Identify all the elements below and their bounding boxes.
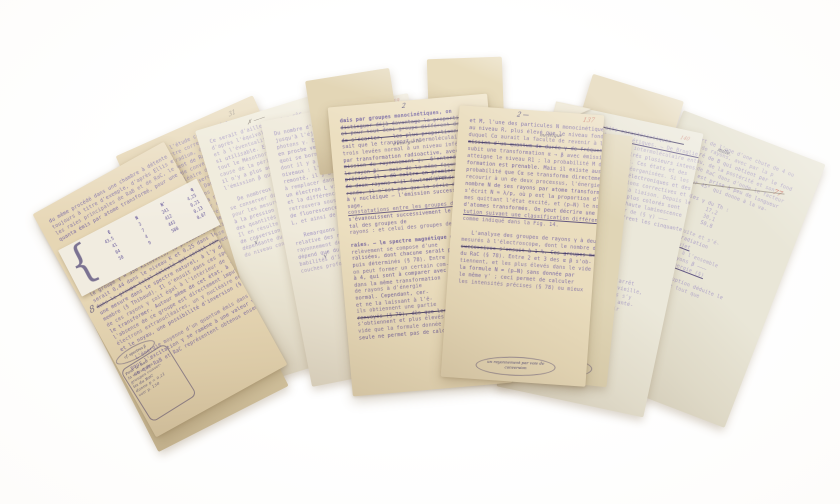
handwritten-insert: nucléique (539, 133, 563, 139)
manuscript-fan-photograph: la part de l'une d'une chute de 4 ouraie… (0, 0, 840, 504)
red-page-number: 137 (582, 117, 595, 124)
page-number: 2 — (516, 112, 530, 119)
page-number: 2 (402, 103, 406, 111)
manuscript-page-6: et M, l'une des particules N monocinétiq… (441, 105, 605, 386)
check-mark: √ (323, 251, 328, 260)
typed-text: et M, l'une des particules N monocinétiq… (441, 105, 605, 386)
check-mark: √ (254, 237, 259, 247)
